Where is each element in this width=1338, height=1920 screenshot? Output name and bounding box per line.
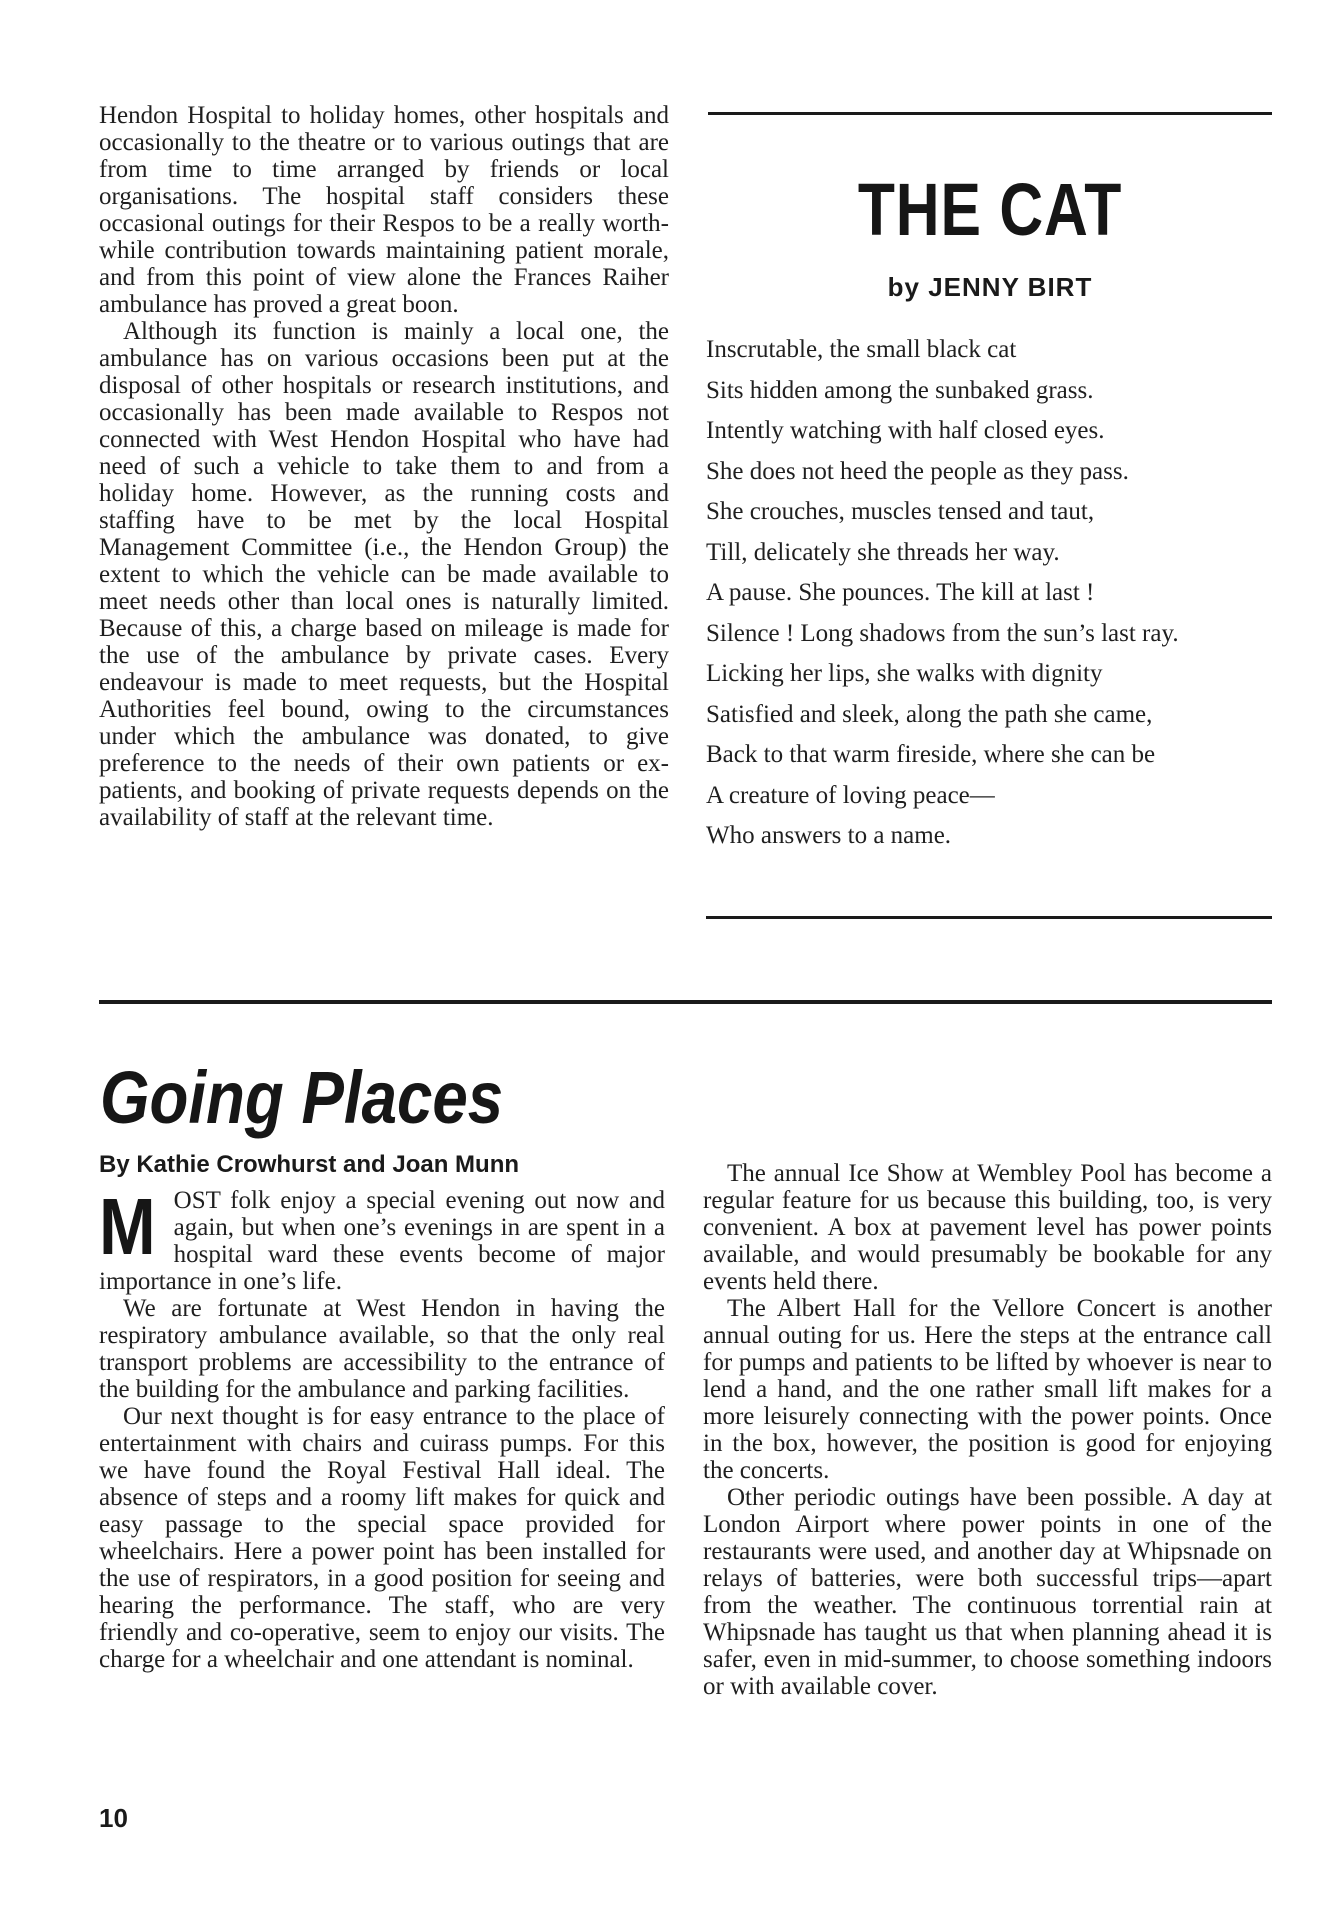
article-paragraph: The Albert Hall for the Vellore Concert … [703, 1295, 1272, 1484]
lead-text: OST folk enjoy a special evening out now… [99, 1187, 665, 1295]
section-divider [99, 1000, 1272, 1004]
poem-line: Silence ! Long shadows from the sun’s la… [706, 614, 1286, 655]
poem-top-rule [708, 112, 1272, 115]
poem-line: A creature of loving peace— [706, 776, 1286, 817]
article-right-column: The annual Ice Show at Wembley Pool has … [703, 1160, 1272, 1700]
poem-title: THE CAT [759, 170, 1221, 250]
poem-line: Satisfied and sleek, along the path she … [706, 695, 1286, 736]
poem-line: Licking her lips, she walks with dignity [706, 654, 1286, 695]
page-number: 10 [99, 1803, 128, 1834]
poem-line: She crouches, muscles tensed and taut, [706, 492, 1286, 533]
poem-line: A pause. She pounces. The kill at last ! [706, 573, 1286, 614]
continued-article: Hendon Hospital to holiday homes, other … [99, 102, 669, 831]
article-paragraph: Our next thought is for easy entrance to… [99, 1403, 665, 1673]
poem-line: She does not heed the people as they pas… [706, 452, 1286, 493]
article-paragraph: We are fortunate at West Hendon in havin… [99, 1295, 665, 1403]
poem-line: Till, delicately she threads her way. [706, 533, 1286, 574]
article-lead-paragraph: MOST folk enjoy a special evening out no… [99, 1187, 665, 1295]
drop-cap: M [99, 1195, 156, 1259]
poem-body: Inscrutable, the small black cat Sits hi… [706, 330, 1286, 857]
poem-line: Sits hidden among the sunbaked grass. [706, 371, 1286, 412]
poem-line: Back to that warm fireside, where she ca… [706, 735, 1286, 776]
poem-byline: by JENNY BIRT [708, 272, 1272, 303]
article-paragraph: The annual Ice Show at Wembley Pool has … [703, 1160, 1272, 1295]
article-byline: By Kathie Crowhurst and Joan Munn [99, 1151, 519, 1179]
poem-line: Who answers to a name. [706, 816, 1286, 857]
article-paragraph: Other periodic outings have been possibl… [703, 1484, 1272, 1700]
article-paragraph: Hendon Hospital to holiday homes, other … [99, 102, 669, 318]
article-paragraph: Although its function is mainly a local … [99, 318, 669, 831]
poem-line: Intently watching with half closed eyes. [706, 411, 1286, 452]
poem-line: Inscrutable, the small black cat [706, 330, 1286, 371]
article-title: Going Places [100, 1058, 503, 1138]
poem-bottom-rule [706, 916, 1272, 919]
article-left-column: MOST folk enjoy a special evening out no… [99, 1187, 665, 1673]
